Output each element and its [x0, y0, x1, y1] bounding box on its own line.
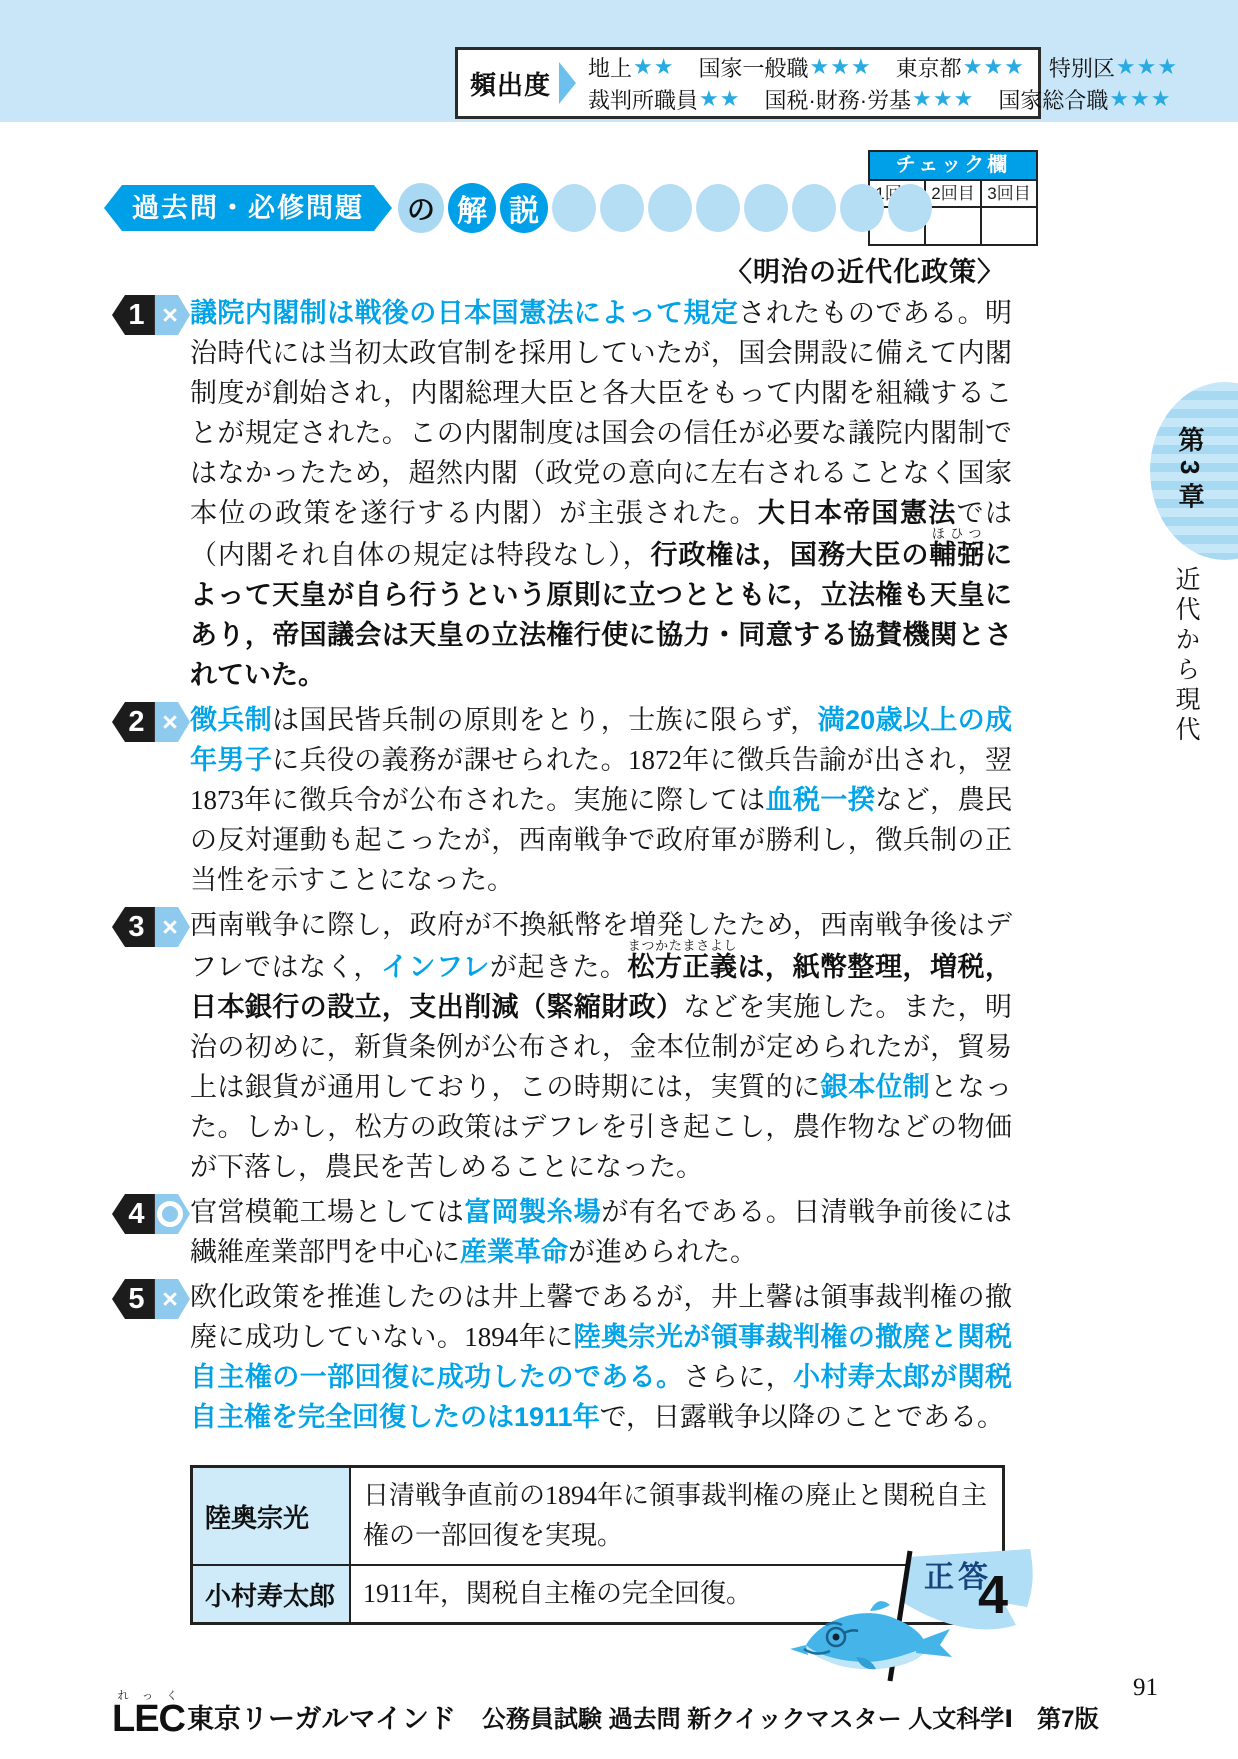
- correct-mark-icon: [155, 1194, 190, 1234]
- text-segment: が起きた。: [490, 952, 628, 982]
- decorative-dot-icon: [552, 184, 596, 232]
- item-number: 3: [112, 907, 155, 947]
- past-question-badge: 過去問・必修問題: [104, 185, 392, 231]
- star-rating-icon: ★★★: [912, 86, 974, 112]
- text-segment: 大日本帝国憲法: [758, 498, 957, 528]
- section-header: 過去問・必修問題 の 解説: [104, 182, 936, 234]
- page-number: 91: [1133, 1674, 1158, 1702]
- item-number: 1: [112, 295, 155, 335]
- chapter-title: 近代から現代: [1168, 566, 1204, 746]
- check-col-label: 3回目: [982, 181, 1036, 206]
- frequency-rows: 地上★★国家一般職★★★東京都★★★特別区★★★裁判所職員★★国税·財務·労基★…: [588, 52, 1202, 115]
- text-segment: 行政権は，国務大臣の: [650, 540, 929, 570]
- footer: LECれっく 東京リーガルマインド 公務員試験 過去問 新クイックマスター 人文…: [112, 1690, 1099, 1736]
- frequency-item: 国家総合職★★★: [998, 84, 1171, 115]
- text-segment: 官営模範工場としては: [190, 1197, 464, 1227]
- decorative-dot-icon: [696, 184, 740, 232]
- text-segment: 輔弼ほひつ: [929, 540, 985, 570]
- item-badge: 4: [112, 1194, 190, 1234]
- text-segment: 議院内閣制は戦後の日本国憲法によって規定: [190, 298, 738, 328]
- text-segment: 産業革命: [460, 1237, 568, 1267]
- explanation-item: 2×徴兵制は国民皆兵制の原則をとり，士族に限らず，満20歳以上の成年男子に兵役の…: [112, 700, 1012, 900]
- frequency-exam-name: 裁判所職員: [588, 84, 698, 115]
- dolphin-mascot-illustration: 正答 4: [778, 1545, 1038, 1695]
- text-segment: が進められた。: [568, 1237, 757, 1267]
- main-content: 1×議院内閣制は戦後の日本国憲法によって規定されたものである。明治時代には当初太…: [112, 293, 1012, 1625]
- frequency-label: 頻出度: [458, 65, 559, 102]
- frequency-exam-name: 特別区: [1049, 52, 1115, 83]
- frequency-row: 裁判所職員★★国税·財務·労基★★★国家総合職★★★: [588, 84, 1202, 115]
- text-segment: されたものである。明治時代には当初太政官制を採用していたが，国会開設に備えて内閣…: [190, 298, 1012, 528]
- incorrect-mark-icon: ×: [155, 702, 190, 742]
- frequency-row: 地上★★国家一般職★★★東京都★★★特別区★★★: [588, 52, 1202, 83]
- frequency-exam-name: 地上: [588, 52, 632, 83]
- check-table-title: チェック欄: [870, 152, 1036, 179]
- circle-glyph: [157, 1201, 183, 1227]
- item-number: 4: [112, 1194, 155, 1234]
- items: 1×議院内閣制は戦後の日本国憲法によって規定されたものである。明治時代には当初太…: [112, 293, 1012, 1437]
- text-segment: 血税一揆: [766, 785, 876, 815]
- decorative-dot-icon: [648, 184, 692, 232]
- item-badge: 3×: [112, 907, 190, 947]
- kaisetsu-circles: 解説: [448, 183, 552, 233]
- item-text: 徴兵制は国民皆兵制の原則をとり，士族に限らず，満20歳以上の成年男子に兵役の義務…: [190, 700, 1012, 900]
- text-segment: 銀本位制: [821, 1072, 931, 1102]
- chapter-tab: 第3章: [1150, 382, 1238, 560]
- frequency-exam-name: 国税·財務·労基: [764, 84, 911, 115]
- answer-flag: 正答 4: [778, 1545, 1038, 1695]
- text-segment: は国民皆兵制の原則をとり，士族に限らず，: [272, 705, 818, 735]
- item-number: 5: [112, 1279, 155, 1319]
- chevron-right-icon: [559, 62, 576, 104]
- incorrect-mark-icon: ×: [155, 295, 190, 335]
- explanation-item: 1×議院内閣制は戦後の日本国憲法によって規定されたものである。明治時代には当初太…: [112, 293, 1012, 695]
- incorrect-mark-icon: ×: [155, 907, 190, 947]
- item-text: 欧化政策を推進したのは井上馨であるが，井上馨は領事裁判権の撤廃に成功していない。…: [190, 1277, 1012, 1437]
- kaisetsu-circle: 解: [448, 183, 496, 233]
- answer-value: 4: [978, 1565, 1008, 1625]
- publisher-name: 東京リーガルマインド: [187, 1702, 456, 1736]
- book-title: 公務員試験 過去問 新クイックマスター 人文科学Ⅰ 第7版: [482, 1704, 1099, 1736]
- frequency-box: 頻出度 地上★★国家一般職★★★東京都★★★特別区★★★裁判所職員★★国税·財務…: [455, 47, 1041, 119]
- lec-logo: LECれっく: [112, 1690, 185, 1736]
- frequency-item: 特別区★★★: [1049, 52, 1178, 83]
- frequency-exam-name: 東京都: [896, 52, 962, 83]
- star-rating-icon: ★★★: [963, 54, 1025, 80]
- item-badge: 5×: [112, 1279, 190, 1319]
- star-rating-icon: ★★★: [810, 54, 872, 80]
- star-rating-icon: ★★★: [1116, 54, 1178, 80]
- topic-heading: 〈明治の近代化政策〉: [725, 250, 1005, 289]
- frequency-item: 地上★★: [588, 52, 674, 83]
- kaisetsu-circle: 説: [500, 183, 548, 233]
- frequency-exam-name: 国家総合職: [998, 84, 1108, 115]
- chapter-number: 第3章: [1172, 426, 1209, 516]
- item-text: 官営模範工場としては富岡製糸場が有名である。日清戦争前後には繊維産業部門を中心に…: [190, 1192, 1012, 1272]
- item-badge: 1×: [112, 295, 190, 335]
- item-badge: 2×: [112, 702, 190, 742]
- text-segment: で，日露戦争以降のことである。: [600, 1402, 1004, 1432]
- incorrect-mark-icon: ×: [155, 1279, 190, 1319]
- text-segment: 松方正義まつかたまさよし: [627, 952, 737, 982]
- check-empty-cell: [982, 208, 1036, 244]
- decorative-dot-icon: [840, 184, 884, 232]
- item-text: 西南戦争に際し，政府が不換紙幣を増発したため，西南戦争後はデフレではなく，インフ…: [190, 905, 1012, 1187]
- star-rating-icon: ★★: [633, 54, 674, 80]
- summary-person-name: 小村寿太郎: [193, 1566, 351, 1622]
- item-text: 議院内閣制は戦後の日本国憲法によって規定されたものである。明治時代には当初太政官…: [190, 293, 1012, 695]
- explanation-item: 3×西南戦争に際し，政府が不換紙幣を増発したため，西南戦争後はデフレではなく，イ…: [112, 905, 1012, 1187]
- text-segment: 富岡製糸場: [464, 1197, 601, 1227]
- summary-person-name: 陸奥宗光: [193, 1468, 351, 1564]
- frequency-item: 国家一般職★★★: [698, 52, 871, 83]
- decorative-dot-icon: [888, 184, 932, 232]
- frequency-item: 裁判所職員★★: [588, 84, 740, 115]
- particle-circle: の: [398, 183, 444, 233]
- text-segment: インフレ: [381, 952, 490, 982]
- decorative-dot-icon: [600, 184, 644, 232]
- header-dots: [552, 184, 936, 232]
- explanation-item: 4官営模範工場としては富岡製糸場が有名である。日清戦争前後には繊維産業部門を中心…: [112, 1192, 1012, 1272]
- star-rating-icon: ★★: [699, 86, 740, 112]
- textbook-page: { "colors":{"accent_blue":"#00a0e9","lig…: [0, 0, 1238, 1759]
- decorative-dot-icon: [744, 184, 788, 232]
- text-segment: 徴兵制: [190, 705, 272, 735]
- text-segment: さらに，: [683, 1362, 793, 1392]
- frequency-item: 東京都★★★: [896, 52, 1025, 83]
- item-number: 2: [112, 702, 155, 742]
- frequency-exam-name: 国家一般職: [698, 52, 808, 83]
- star-rating-icon: ★★★: [1109, 86, 1171, 112]
- decorative-dot-icon: [792, 184, 836, 232]
- explanation-item: 5×欧化政策を推進したのは井上馨であるが，井上馨は領事裁判権の撤廃に成功していな…: [112, 1277, 1012, 1437]
- frequency-item: 国税·財務·労基★★★: [764, 84, 974, 115]
